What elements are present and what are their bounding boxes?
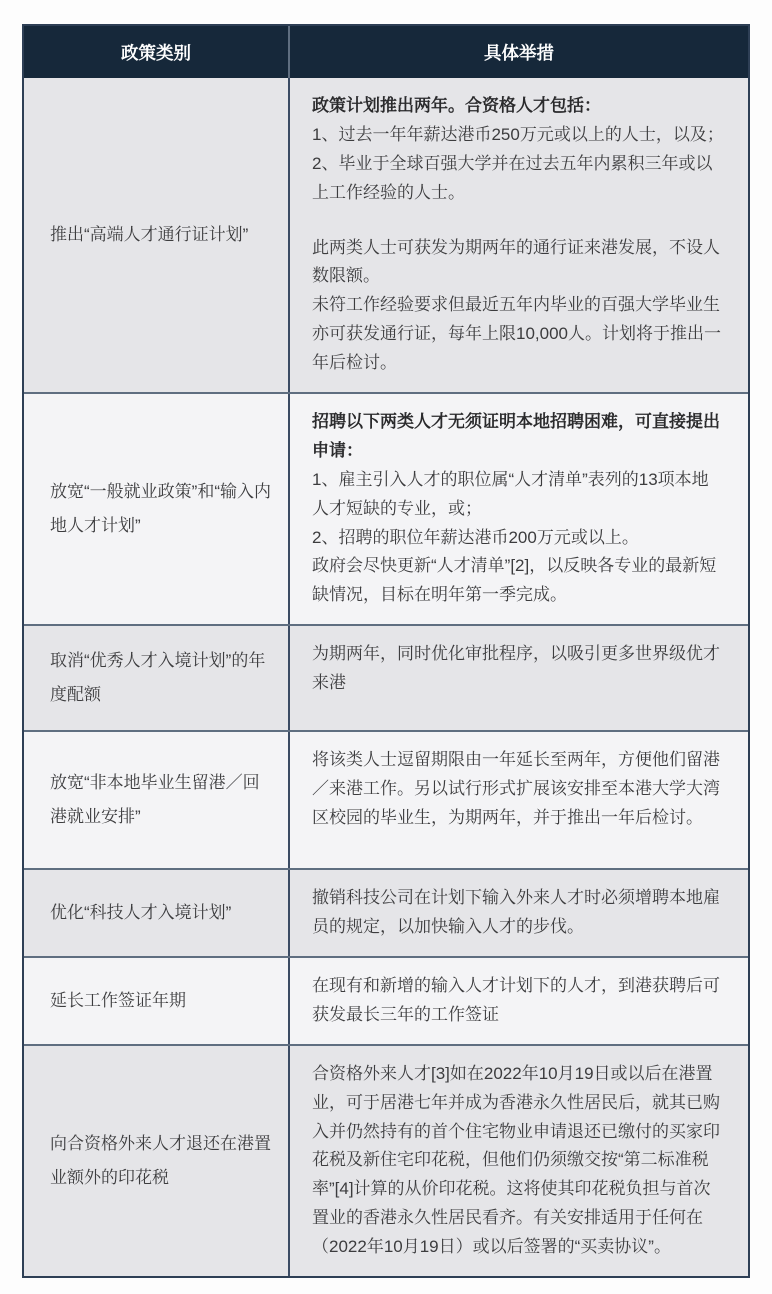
policy-category-cell: 推出“高端人才通行证计划” [24, 78, 290, 392]
measure-paragraph: 为期两年，同时优化审批程序，以吸引更多世界级优才来港 [312, 640, 724, 698]
policy-row: 向合资格外来人才退还在港置业额外的印花税 合资格外来人才[3]如在2022年10… [24, 1044, 748, 1276]
measure-paragraph: 政府会尽快更新“人才清单”[2]，以反映各专业的最新短缺情况，目标在明年第一季完… [312, 552, 724, 610]
measure-paragraph: 将该类人士逗留期限由一年延长至两年，方便他们留港／来港工作。另以试行形式扩展该安… [312, 746, 724, 833]
policy-category-cell: 延长工作签证年期 [24, 958, 290, 1044]
header-specific-measures: 具体举措 [290, 40, 748, 65]
policy-measures-cell: 政策计划推出两年。合资格人才包括：1、过去一年年薪达港币250万元或以上的人士，… [290, 78, 748, 392]
policy-measures-cell: 招聘以下两类人才无须证明本地招聘困难，可直接提出申请：1、雇主引入人才的职位属“… [290, 394, 748, 624]
policy-row: 推出“高端人才通行证计划” 政策计划推出两年。合资格人才包括：1、过去一年年薪达… [24, 78, 748, 392]
policy-measures-cell: 合资格外来人才[3]如在2022年10月19日或以后在港置业，可于居港七年并成为… [290, 1046, 748, 1276]
measure-paragraph: 政策计划推出两年。合资格人才包括： [312, 92, 724, 121]
measure-paragraph: 2、招聘的职位年薪达港币200万元或以上。 [312, 524, 724, 553]
policy-category-cell: 取消“优秀人才入境计划”的年度配额 [24, 626, 290, 730]
policy-category-cell: 向合资格外来人才退还在港置业额外的印花税 [24, 1046, 290, 1276]
policy-measures-cell: 为期两年，同时优化审批程序，以吸引更多世界级优才来港 [290, 626, 748, 730]
table-header-row: 政策类别 具体举措 [24, 26, 748, 78]
measure-paragraph: 1、雇主引入人才的职位属“人才清单”表列的13项本地人才短缺的专业，或； [312, 466, 724, 524]
measure-paragraph: 招聘以下两类人才无须证明本地招聘困难，可直接提出申请： [312, 408, 724, 466]
policy-row: 放宽“非本地毕业生留港／回港就业安排” 将该类人士逗留期限由一年延长至两年，方便… [24, 730, 748, 868]
measure-paragraph: 撤销科技公司在计划下输入外来人才时必须增聘本地雇员的规定，以加快输入人才的步伐。 [312, 884, 724, 942]
policy-row: 取消“优秀人才入境计划”的年度配额 为期两年，同时优化审批程序，以吸引更多世界级… [24, 624, 748, 730]
policy-row: 放宽“一般就业政策”和“输入内地人才计划” 招聘以下两类人才无须证明本地招聘困难… [24, 392, 748, 624]
policy-category-cell: 放宽“非本地毕业生留港／回港就业安排” [24, 732, 290, 868]
measure-paragraph: 2、毕业于全球百强大学并在过去五年内累积三年或以上工作经验的人士。 [312, 150, 724, 208]
policy-category-cell: 优化“科技人才入境计划” [24, 870, 290, 956]
policy-measures-cell: 在现有和新增的输入人才计划下的人才，到港获聘后可获发最长三年的工作签证 [290, 958, 748, 1044]
measure-paragraph: 未符工作经验要求但最近五年内毕业的百强大学毕业生亦可获发通行证，每年上限10,0… [312, 291, 724, 378]
policy-row: 优化“科技人才入境计划” 撤销科技公司在计划下输入外来人才时必须增聘本地雇员的规… [24, 868, 748, 956]
policy-category-cell: 放宽“一般就业政策”和“输入内地人才计划” [24, 394, 290, 624]
measure-paragraph: 此两类人士可获发为期两年的通行证来港发展，不设人数限额。 [312, 234, 724, 292]
policy-measures-cell: 将该类人士逗留期限由一年延长至两年，方便他们留港／来港工作。另以试行形式扩展该安… [290, 732, 748, 868]
measure-paragraph: 1、过去一年年薪达港币250万元或以上的人士，以及； [312, 121, 724, 150]
table-body: 推出“高端人才通行证计划” 政策计划推出两年。合资格人才包括：1、过去一年年薪达… [24, 78, 748, 1276]
policy-row: 延长工作签证年期 在现有和新增的输入人才计划下的人才，到港获聘后可获发最长三年的… [24, 956, 748, 1044]
header-policy-category: 政策类别 [24, 26, 290, 78]
policy-measures-cell: 撤销科技公司在计划下输入外来人才时必须增聘本地雇员的规定，以加快输入人才的步伐。 [290, 870, 748, 956]
policy-table: 政策类别 具体举措 推出“高端人才通行证计划” 政策计划推出两年。合资格人才包括… [22, 24, 750, 1278]
measure-paragraph: 在现有和新增的输入人才计划下的人才，到港获聘后可获发最长三年的工作签证 [312, 972, 724, 1030]
measure-paragraph: 合资格外来人才[3]如在2022年10月19日或以后在港置业，可于居港七年并成为… [312, 1060, 724, 1262]
